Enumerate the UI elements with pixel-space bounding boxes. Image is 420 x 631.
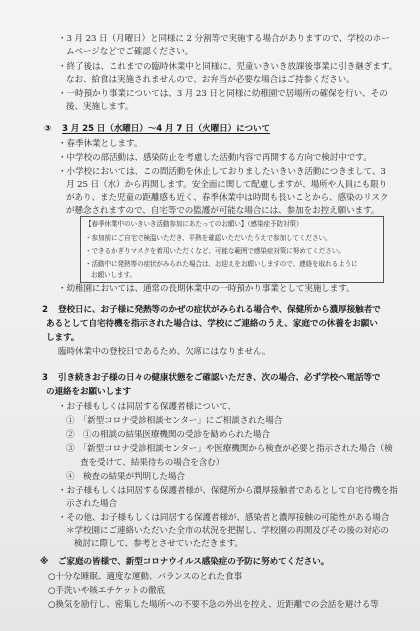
- text-line: 後、実施します。: [66, 102, 133, 113]
- notice-box-item: ・活動中に発熱等の症状がみられた場合は、お迎えをお願いしますので、連絡を取れるよ…: [85, 260, 358, 269]
- bold-line: あるとして自宅待機を指示された場合は、学校にご連絡のうえ、家庭での休養をお願い: [46, 319, 378, 330]
- notice-box-item: ・できるかぎりマスクを着用いただくなど、可能な範囲で感染症対策に努めてください。: [85, 247, 345, 256]
- text-line: 示された場合: [66, 499, 117, 510]
- text-line: ② ①の相談の結果医療機関の受診を勧められた場合: [66, 430, 270, 441]
- text-line: ・3 月 23 日（月曜日）と同様に 2 分割等で実施する場合がありますので、学…: [58, 34, 390, 45]
- text-line: ④ 検査の結果が判明した場合: [66, 472, 185, 483]
- reference-mark: ※: [40, 557, 48, 568]
- text-line: なお、給食は実施されませんので、お弁当が必要な場合はご持参ください。: [66, 75, 355, 86]
- text-line: ・終了後は、これまでの臨時休業中と同様に、児童いきいき放課後事業に引き継ぎます。: [58, 62, 397, 73]
- text-line: ・春季休業とします。: [58, 139, 142, 150]
- text-line: 月 25 日（水）から再開します。安全面に関して配慮しますが、場所や人員にも限り: [66, 180, 387, 191]
- text-line: があり、また児童の距離感も近く、春季休業中は時間も長いことから、感染のリスク: [66, 193, 388, 204]
- bold-line: します。: [46, 333, 79, 344]
- circled-number: ③: [44, 124, 51, 135]
- text-line: ムページなどでご確認ください。: [66, 47, 193, 58]
- bold-line: の連絡をお願いします: [46, 387, 131, 398]
- text-line: ・小学校においては、この間活動を休止しておりましたいきいき活動につきまして、3: [58, 167, 386, 178]
- notice-box-item: お願いします。: [91, 271, 136, 280]
- notice-box: 【春季休業中のいきいき活動参加にあたってのお願い】（感染症予防対策） ・参加前に…: [80, 216, 384, 283]
- bold-line: 登校日に、お子様に発熱等のかぜの症状がみられる場合や、保健所から濃厚接触者で: [58, 305, 381, 316]
- text-line: ・一時預かり事業については、3 月 23 日と同様に幼稚園で居場所の確保を行い、…: [58, 89, 388, 100]
- text-line: ○手洗いや咳エチケットの徹底: [48, 586, 165, 597]
- text-line: 査を受けて、結果待ちの場合を含む）: [80, 458, 224, 469]
- text-line: ・中学校の部活動は、感染防止を考慮した活動内容で再開する方向で検討中です。: [58, 153, 372, 164]
- text-line: ③ 「新型コロナ受診相談センター」や医療機関から検査が必要と指示された場合（検: [66, 444, 393, 455]
- note-heading: ご家庭の皆様で、新型コロナウイルス感染症の予防に努めてください。: [58, 557, 329, 568]
- text-line: 検討に際して、参考とさせていただきます。: [74, 539, 243, 550]
- notice-box-item: ・参加前にご自宅で検温いただき、平熱を確認いただいたうえで参加してください。: [85, 234, 332, 243]
- section-number: 2: [42, 305, 48, 316]
- bold-line: 引き続きお子様の日々の健康状態をご確認いただき、次の場合、必ず学校へ電話等で: [58, 373, 380, 384]
- text-line: ・その他、お子様もしくは同居する保護者様が、感染者と濃厚接触の可能性がある場合: [58, 513, 389, 524]
- text-line: ○十分な睡眠、適度な運動、バランスのとれた食事: [48, 572, 242, 583]
- text-line: 臨時休業中の登校日であるため、欠席にはなりません。: [58, 347, 271, 358]
- text-line: ＊学校園にご連絡いただいた全市の状況を把握し、学校園の再開及びその後の対応の: [66, 526, 389, 537]
- section-number: 3: [42, 373, 48, 384]
- document-page: ・3 月 23 日（月曜日）と同様に 2 分割等で実施する場合がありますので、学…: [0, 0, 420, 631]
- text-line: ・お子様もしくは同居する保護者様について、: [58, 402, 236, 413]
- text-line: ・お子様もしくは同居する保護者様が、保健所から濃厚接触者であるとして自宅待機を指: [58, 486, 398, 497]
- text-line: ○換気を励行し、密集した場所への不要不急の外出を控え、近距離での会話を避ける等: [48, 600, 379, 611]
- notice-box-title: 【春季休業中のいきいき活動参加にあたってのお願い】（感染症予防対策）: [85, 220, 303, 229]
- text-line: ① 「新型コロナ受診相談センター」にご相談された場合: [66, 416, 282, 427]
- text-line: ・幼稚園においては、通常の長期休業中の一時預かり事業として実施します。: [58, 284, 355, 295]
- subsection-heading: 3 月 25 日（水曜日）～4 月 7 日（火曜日）について: [62, 124, 270, 135]
